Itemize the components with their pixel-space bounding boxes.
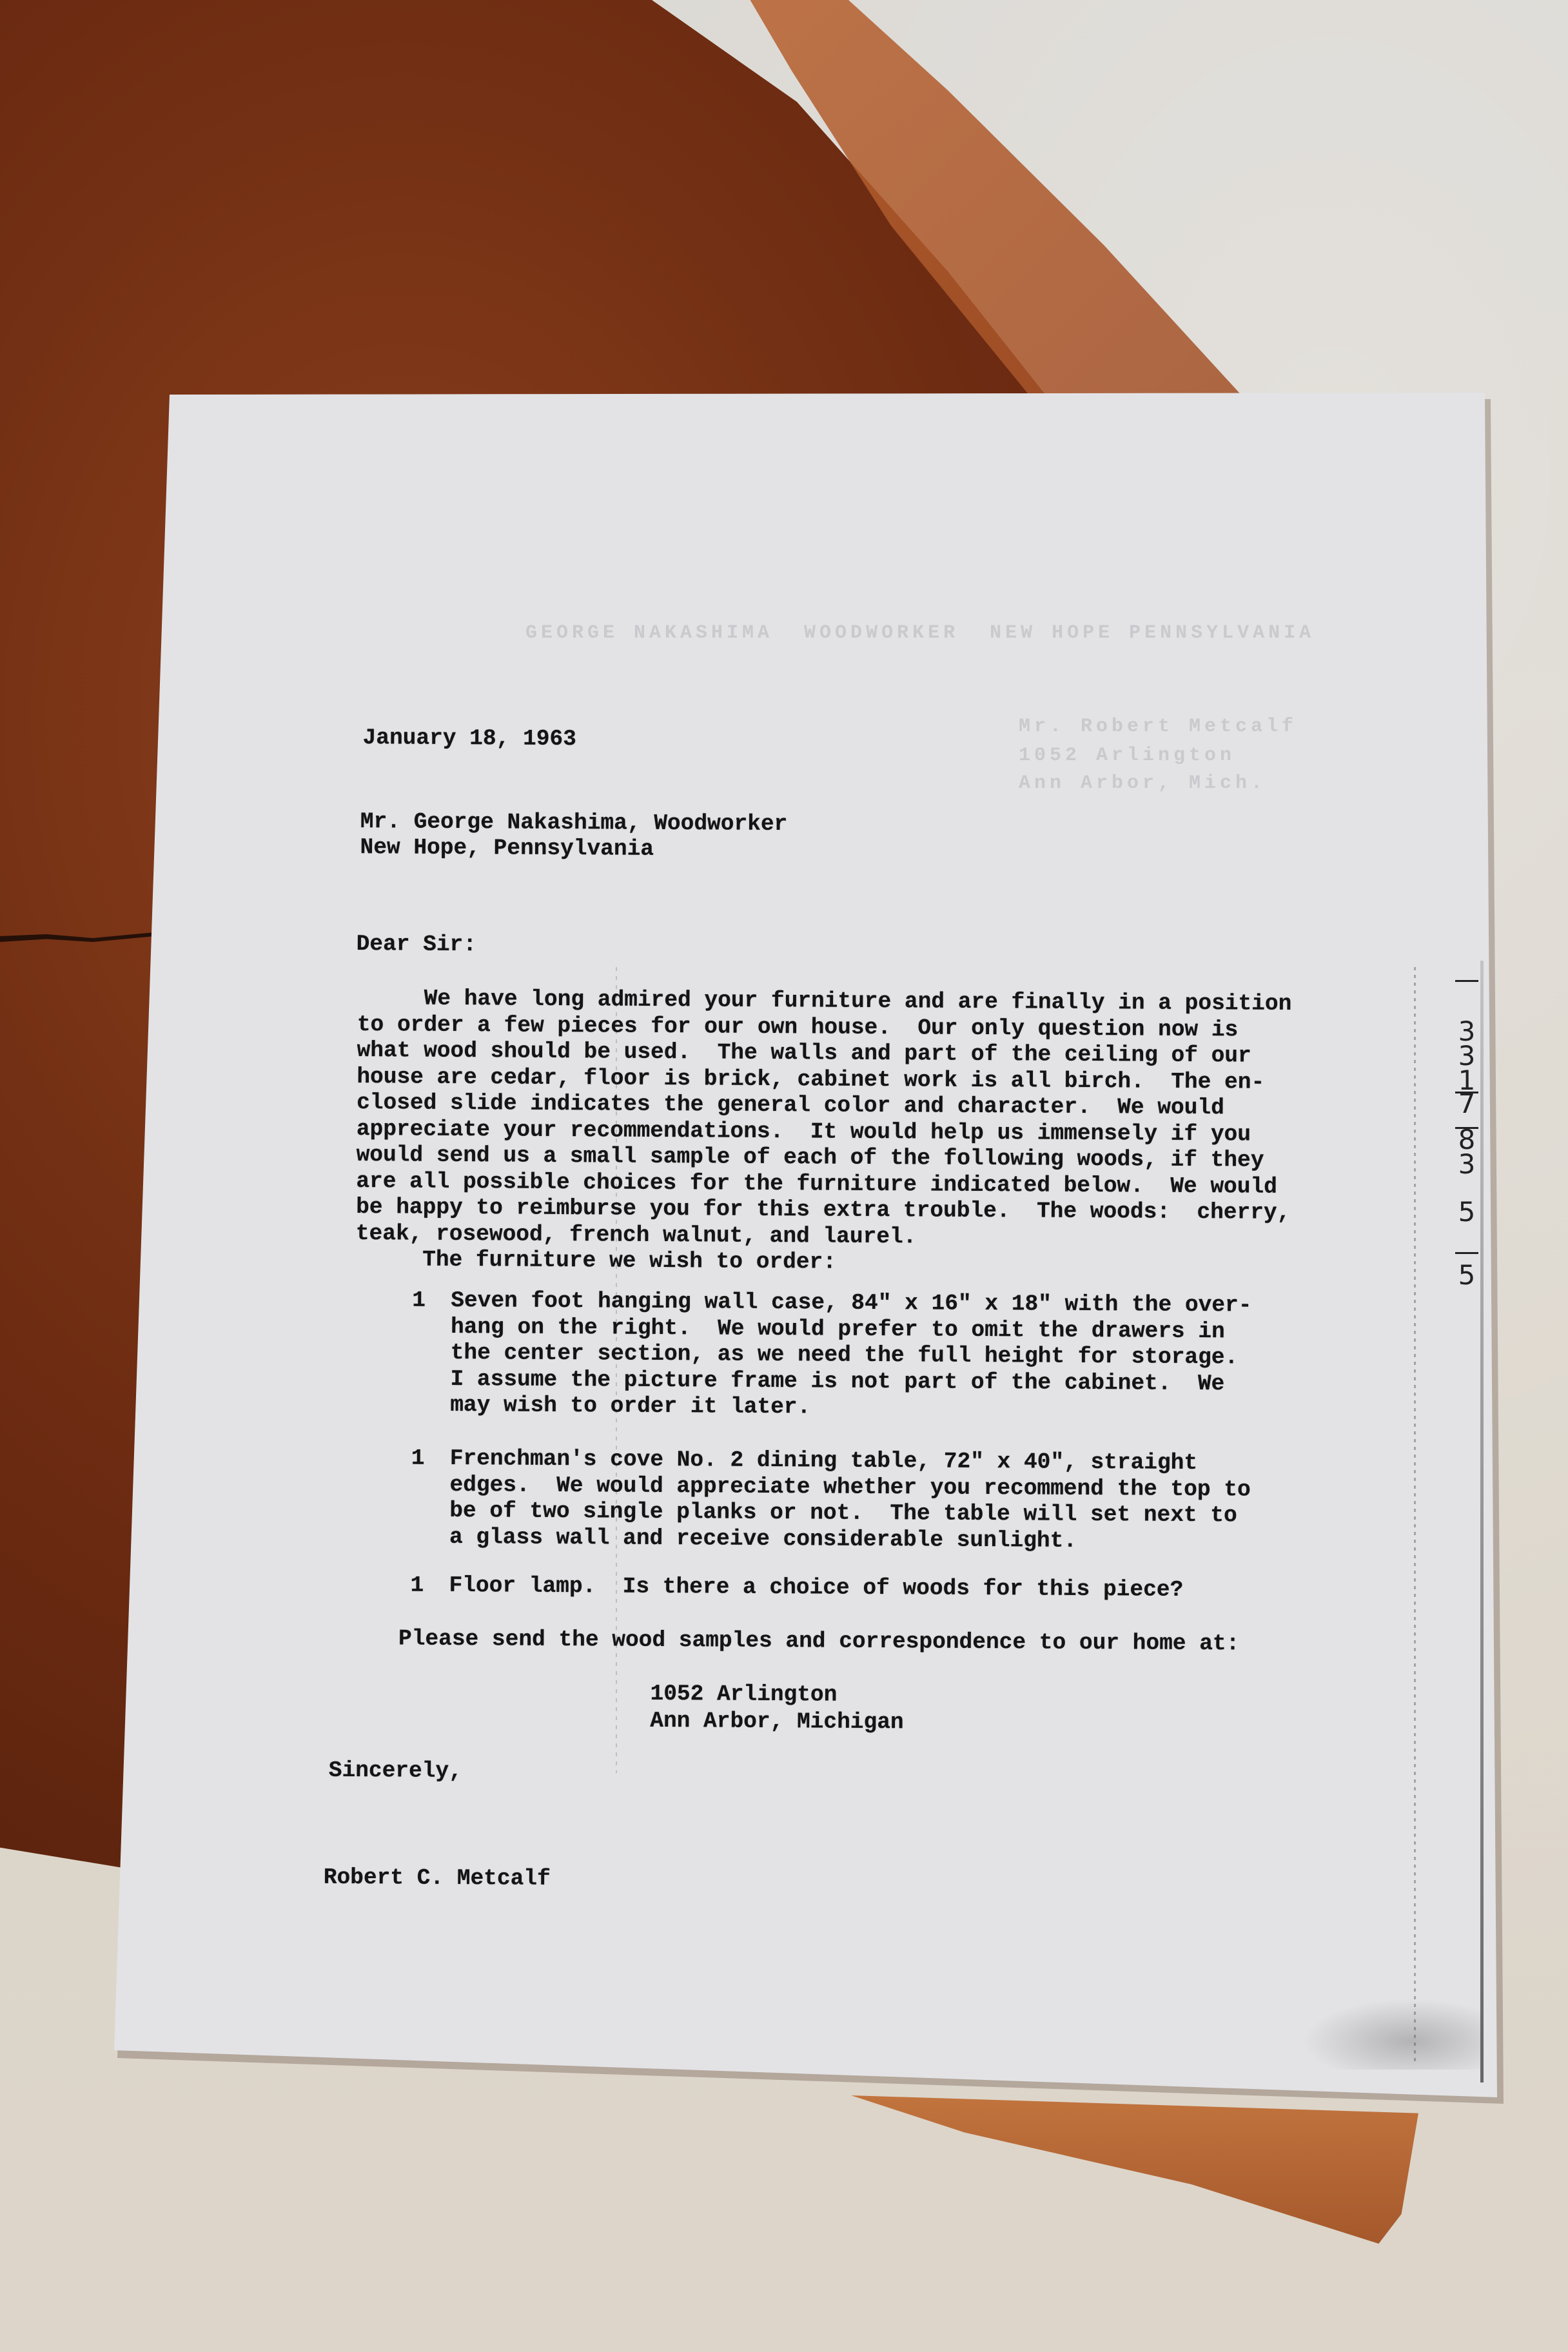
recipient-line-2: New Hope, Pennsylvania — [360, 834, 654, 863]
order-item-qty: 1 — [412, 1288, 426, 1315]
body-line: teak, rosewood, french walnut, and laure… — [356, 1220, 917, 1251]
order-item-qty: 1 — [410, 1573, 424, 1600]
recipient-line-1: Mr. George Nakashima, Woodworker — [360, 808, 788, 838]
letter-text: January 18, 1963 Mr. George Nakashima, W… — [0, 0, 1568, 2352]
margin-dash — [1455, 1252, 1478, 1254]
order-item-qty: 1 — [411, 1445, 425, 1473]
closing: Sincerely, — [329, 1758, 462, 1785]
margin-note: 7 — [1447, 1091, 1486, 1117]
signature-name: Robert C. Metcalf — [324, 1865, 551, 1893]
return-address-line-2: Ann Arbor, Michigan — [650, 1708, 904, 1736]
margin-dash — [1455, 980, 1478, 982]
margin-note: 5 — [1447, 1199, 1486, 1225]
order-item-line: a glass wall and receive considerable su… — [449, 1524, 1077, 1554]
body-line: The furniture we wish to order: — [356, 1246, 837, 1276]
margin-note: 3 — [1447, 1151, 1486, 1177]
letter-date: January 18, 1963 — [362, 725, 576, 753]
salutation: Dear Sir: — [357, 931, 477, 959]
margin-note: 5 — [1447, 1262, 1486, 1288]
return-address-line-1: 1052 Arlington — [650, 1681, 837, 1709]
order-item-line: Floor lamp. Is there a choice of woods f… — [449, 1573, 1183, 1603]
order-item-line: may wish to order it later. — [450, 1392, 810, 1421]
closing-request: Please send the wood samples and corresp… — [398, 1625, 1240, 1657]
